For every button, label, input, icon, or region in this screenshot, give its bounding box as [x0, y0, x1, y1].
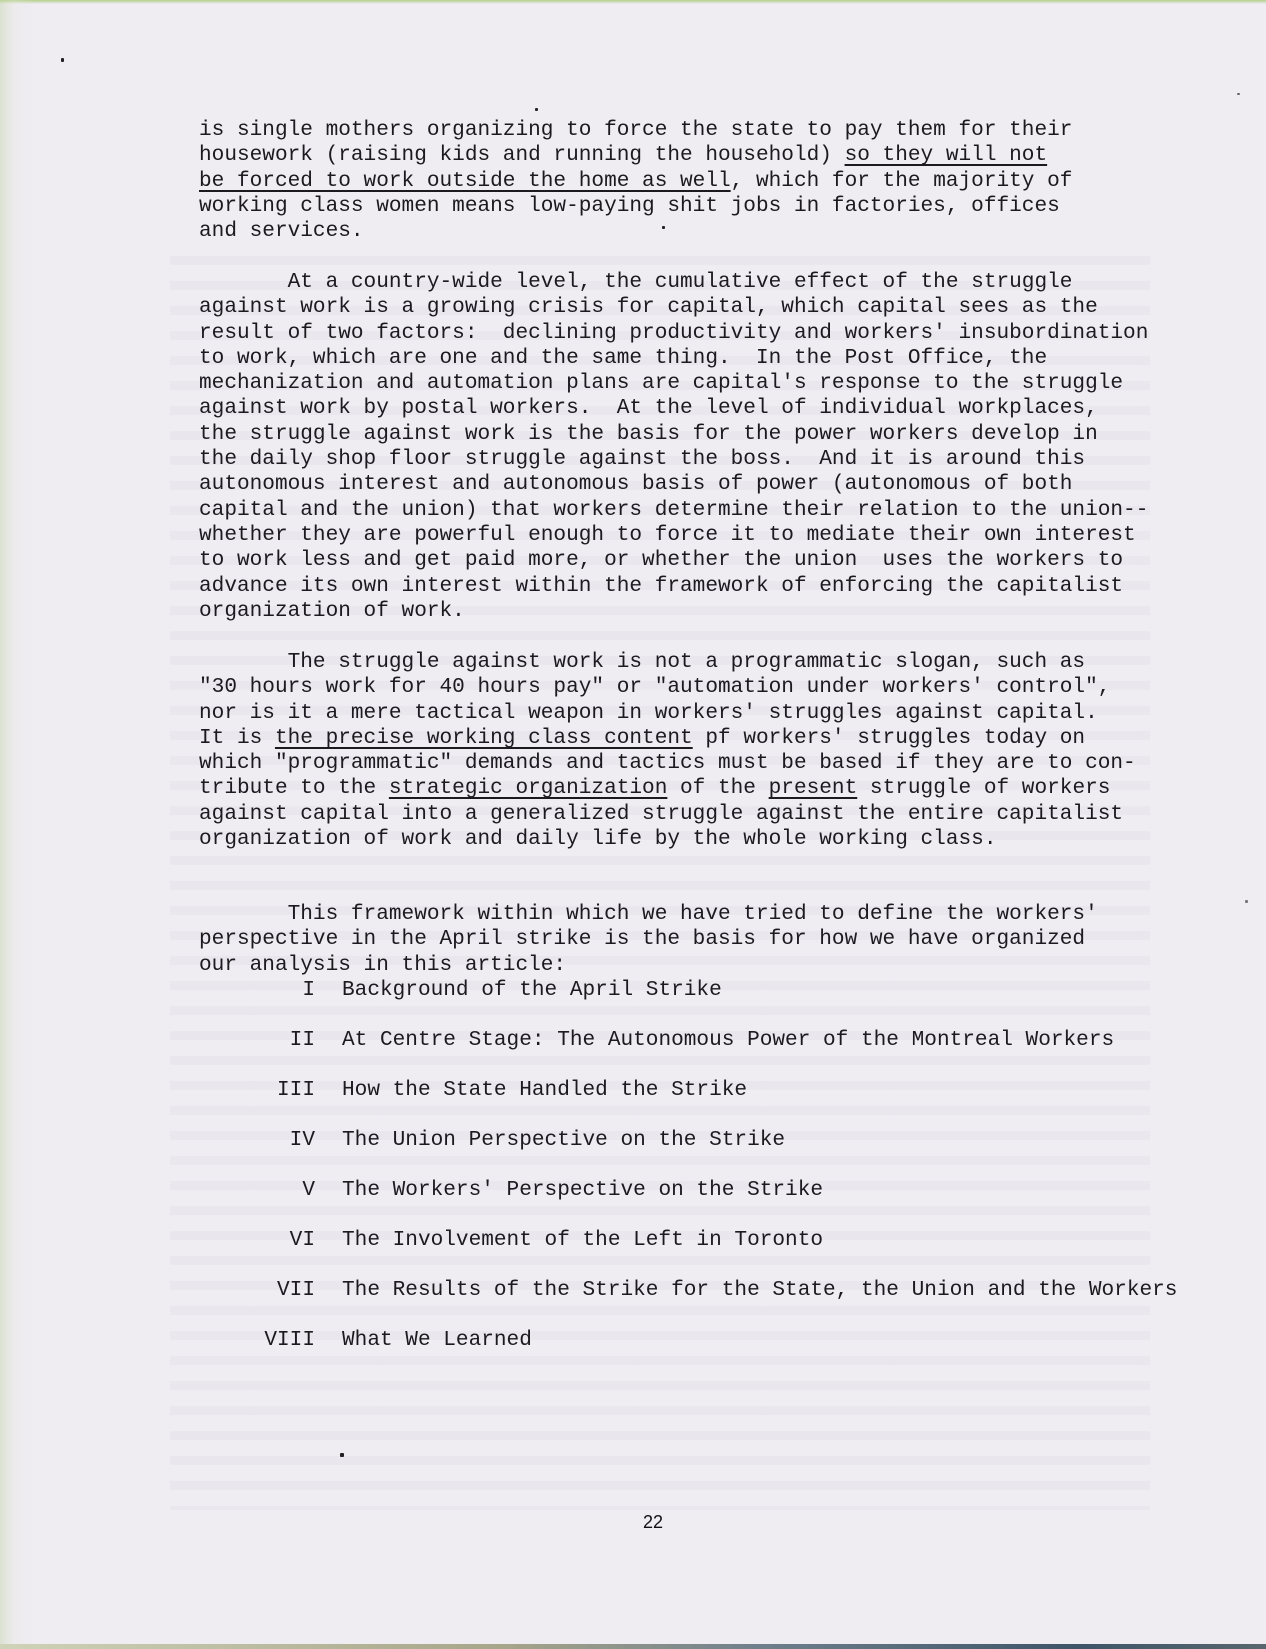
text-run: capital and the union) that workers dete… — [199, 498, 1148, 522]
text-run: perspective in the April strike is the b… — [199, 927, 1085, 951]
text-line: housework (raising kids and running the … — [199, 143, 1072, 168]
section-numeral: IV — [195, 1128, 315, 1153]
text-line: against work is a growing crisis for cap… — [199, 295, 1148, 320]
section-numeral: VIII — [195, 1328, 315, 1353]
text-run: nor is it a mere tactical weapon in work… — [199, 701, 1098, 725]
text-run: This framework within which we have trie… — [199, 902, 1098, 926]
text-line: nor is it a mere tactical weapon in work… — [199, 701, 1136, 726]
text-run: It is — [199, 726, 275, 750]
text-run: and services. — [199, 219, 364, 243]
text-run: whether they are powerful enough to forc… — [199, 523, 1136, 547]
section-title: How the State Handled the Strike — [342, 1078, 747, 1103]
text-run: result of two factors: declining product… — [199, 321, 1148, 345]
scan-speck — [1245, 900, 1248, 903]
page-number: 22 — [0, 1512, 1266, 1533]
text-run: autonomous interest and autonomous basis… — [199, 472, 1072, 496]
scan-speck — [662, 226, 665, 229]
section-title: The Union Perspective on the Strike — [342, 1128, 785, 1153]
section-numeral: V — [195, 1178, 315, 1203]
section-numeral: VII — [195, 1278, 315, 1303]
text-run: pf workers' struggles today on — [693, 726, 1085, 750]
scan-speck — [1237, 93, 1240, 95]
text-run: tribute to the — [199, 776, 389, 800]
text-run: advance its own interest within the fram… — [199, 574, 1123, 598]
text-run: organization of work and daily life by t… — [199, 827, 996, 851]
underlined-phrase: present — [769, 776, 858, 800]
text-line: whether they are powerful enough to forc… — [199, 523, 1148, 548]
text-line: the struggle against work is the basis f… — [199, 422, 1148, 447]
section-numeral: II — [195, 1028, 315, 1053]
scanned-page: is single mothers organizing to force th… — [0, 0, 1266, 1649]
text-line: result of two factors: declining product… — [199, 321, 1148, 346]
paragraph-2: At a country-wide level, the cumulative … — [199, 270, 1148, 624]
text-line: organization of work and daily life by t… — [199, 827, 1136, 852]
text-run: against work is a growing crisis for cap… — [199, 295, 1098, 319]
text-run: At a country-wide level, the cumulative … — [199, 270, 1072, 294]
section-title: At Centre Stage: The Autonomous Power of… — [342, 1028, 1114, 1053]
text-line: advance its own interest within the fram… — [199, 574, 1148, 599]
text-line: The struggle against work is not a progr… — [199, 650, 1136, 675]
text-line: tribute to the strategic organization of… — [199, 776, 1136, 801]
underlined-phrase: be forced to work outside the home as we… — [199, 169, 731, 193]
text-line: At a country-wide level, the cumulative … — [199, 270, 1148, 295]
text-line: to work, which are one and the same thin… — [199, 346, 1148, 371]
text-line: against work by postal workers. At the l… — [199, 396, 1148, 421]
section-title: What We Learned — [342, 1328, 532, 1353]
section-title: The Results of the Strike for the State,… — [342, 1278, 1177, 1303]
text-line: our analysis in this article: — [199, 953, 1098, 978]
text-line: capital and the union) that workers dete… — [199, 498, 1148, 523]
text-line: mechanization and automation plans are c… — [199, 371, 1148, 396]
text-run: "30 hours work for 40 hours pay" or "aut… — [199, 675, 1110, 699]
text-line: against capital into a generalized strug… — [199, 802, 1136, 827]
underlined-phrase: so they will not — [845, 143, 1048, 167]
text-line: is single mothers organizing to force th… — [199, 118, 1072, 143]
text-run: of the — [667, 776, 768, 800]
text-run: to work less and get paid more, or wheth… — [199, 548, 1123, 572]
section-numeral: I — [195, 978, 315, 1003]
text-line: "30 hours work for 40 hours pay" or "aut… — [199, 675, 1136, 700]
underlined-phrase: strategic organization — [389, 776, 667, 800]
section-numeral: VI — [195, 1228, 315, 1253]
text-run: which "programmatic" demands and tactics… — [199, 751, 1136, 775]
text-line: to work less and get paid more, or wheth… — [199, 548, 1148, 573]
paragraph-4: This framework within which we have trie… — [199, 902, 1098, 978]
text-run: the struggle against work is the basis f… — [199, 422, 1098, 446]
text-line: This framework within which we have trie… — [199, 902, 1098, 927]
text-line: perspective in the April strike is the b… — [199, 927, 1098, 952]
text-run: the daily shop floor struggle against th… — [199, 447, 1085, 471]
section-numeral: III — [195, 1078, 315, 1103]
section-title: The Involvement of the Left in Toronto — [342, 1228, 823, 1253]
scan-speck — [340, 1453, 344, 1457]
text-run: struggle of workers — [857, 776, 1110, 800]
text-run: housework (raising kids and running the … — [199, 143, 845, 167]
text-run: working class women means low-paying shi… — [199, 194, 1060, 218]
text-line: the daily shop floor struggle against th… — [199, 447, 1148, 472]
text-run: , which for the majority of — [731, 169, 1073, 193]
underlined-phrase: the precise working class content — [275, 726, 693, 750]
text-line: and services. — [199, 219, 1072, 244]
text-run: is single mothers organizing to force th… — [199, 118, 1072, 142]
scan-speck — [61, 58, 64, 62]
text-run: mechanization and automation plans are c… — [199, 371, 1123, 395]
text-line: which "programmatic" demands and tactics… — [199, 751, 1136, 776]
scan-edge — [0, 1644, 1266, 1649]
text-line: It is the precise working class content … — [199, 726, 1136, 751]
text-run: against work by postal workers. At the l… — [199, 396, 1098, 420]
text-run: The struggle against work is not a progr… — [199, 650, 1085, 674]
text-run: against capital into a generalized strug… — [199, 802, 1123, 826]
section-title: The Workers' Perspective on the Strike — [342, 1178, 823, 1203]
text-line: autonomous interest and autonomous basis… — [199, 472, 1148, 497]
section-title: Background of the April Strike — [342, 978, 722, 1003]
scan-speck — [535, 108, 538, 111]
text-line: organization of work. — [199, 599, 1148, 624]
paragraph-3: The struggle against work is not a progr… — [199, 650, 1136, 852]
text-line: working class women means low-paying shi… — [199, 194, 1072, 219]
text-line: be forced to work outside the home as we… — [199, 169, 1072, 194]
paragraph-1: is single mothers organizing to force th… — [199, 118, 1072, 244]
text-run: our analysis in this article: — [199, 953, 566, 977]
text-run: organization of work. — [199, 599, 465, 623]
text-run: to work, which are one and the same thin… — [199, 346, 1047, 370]
